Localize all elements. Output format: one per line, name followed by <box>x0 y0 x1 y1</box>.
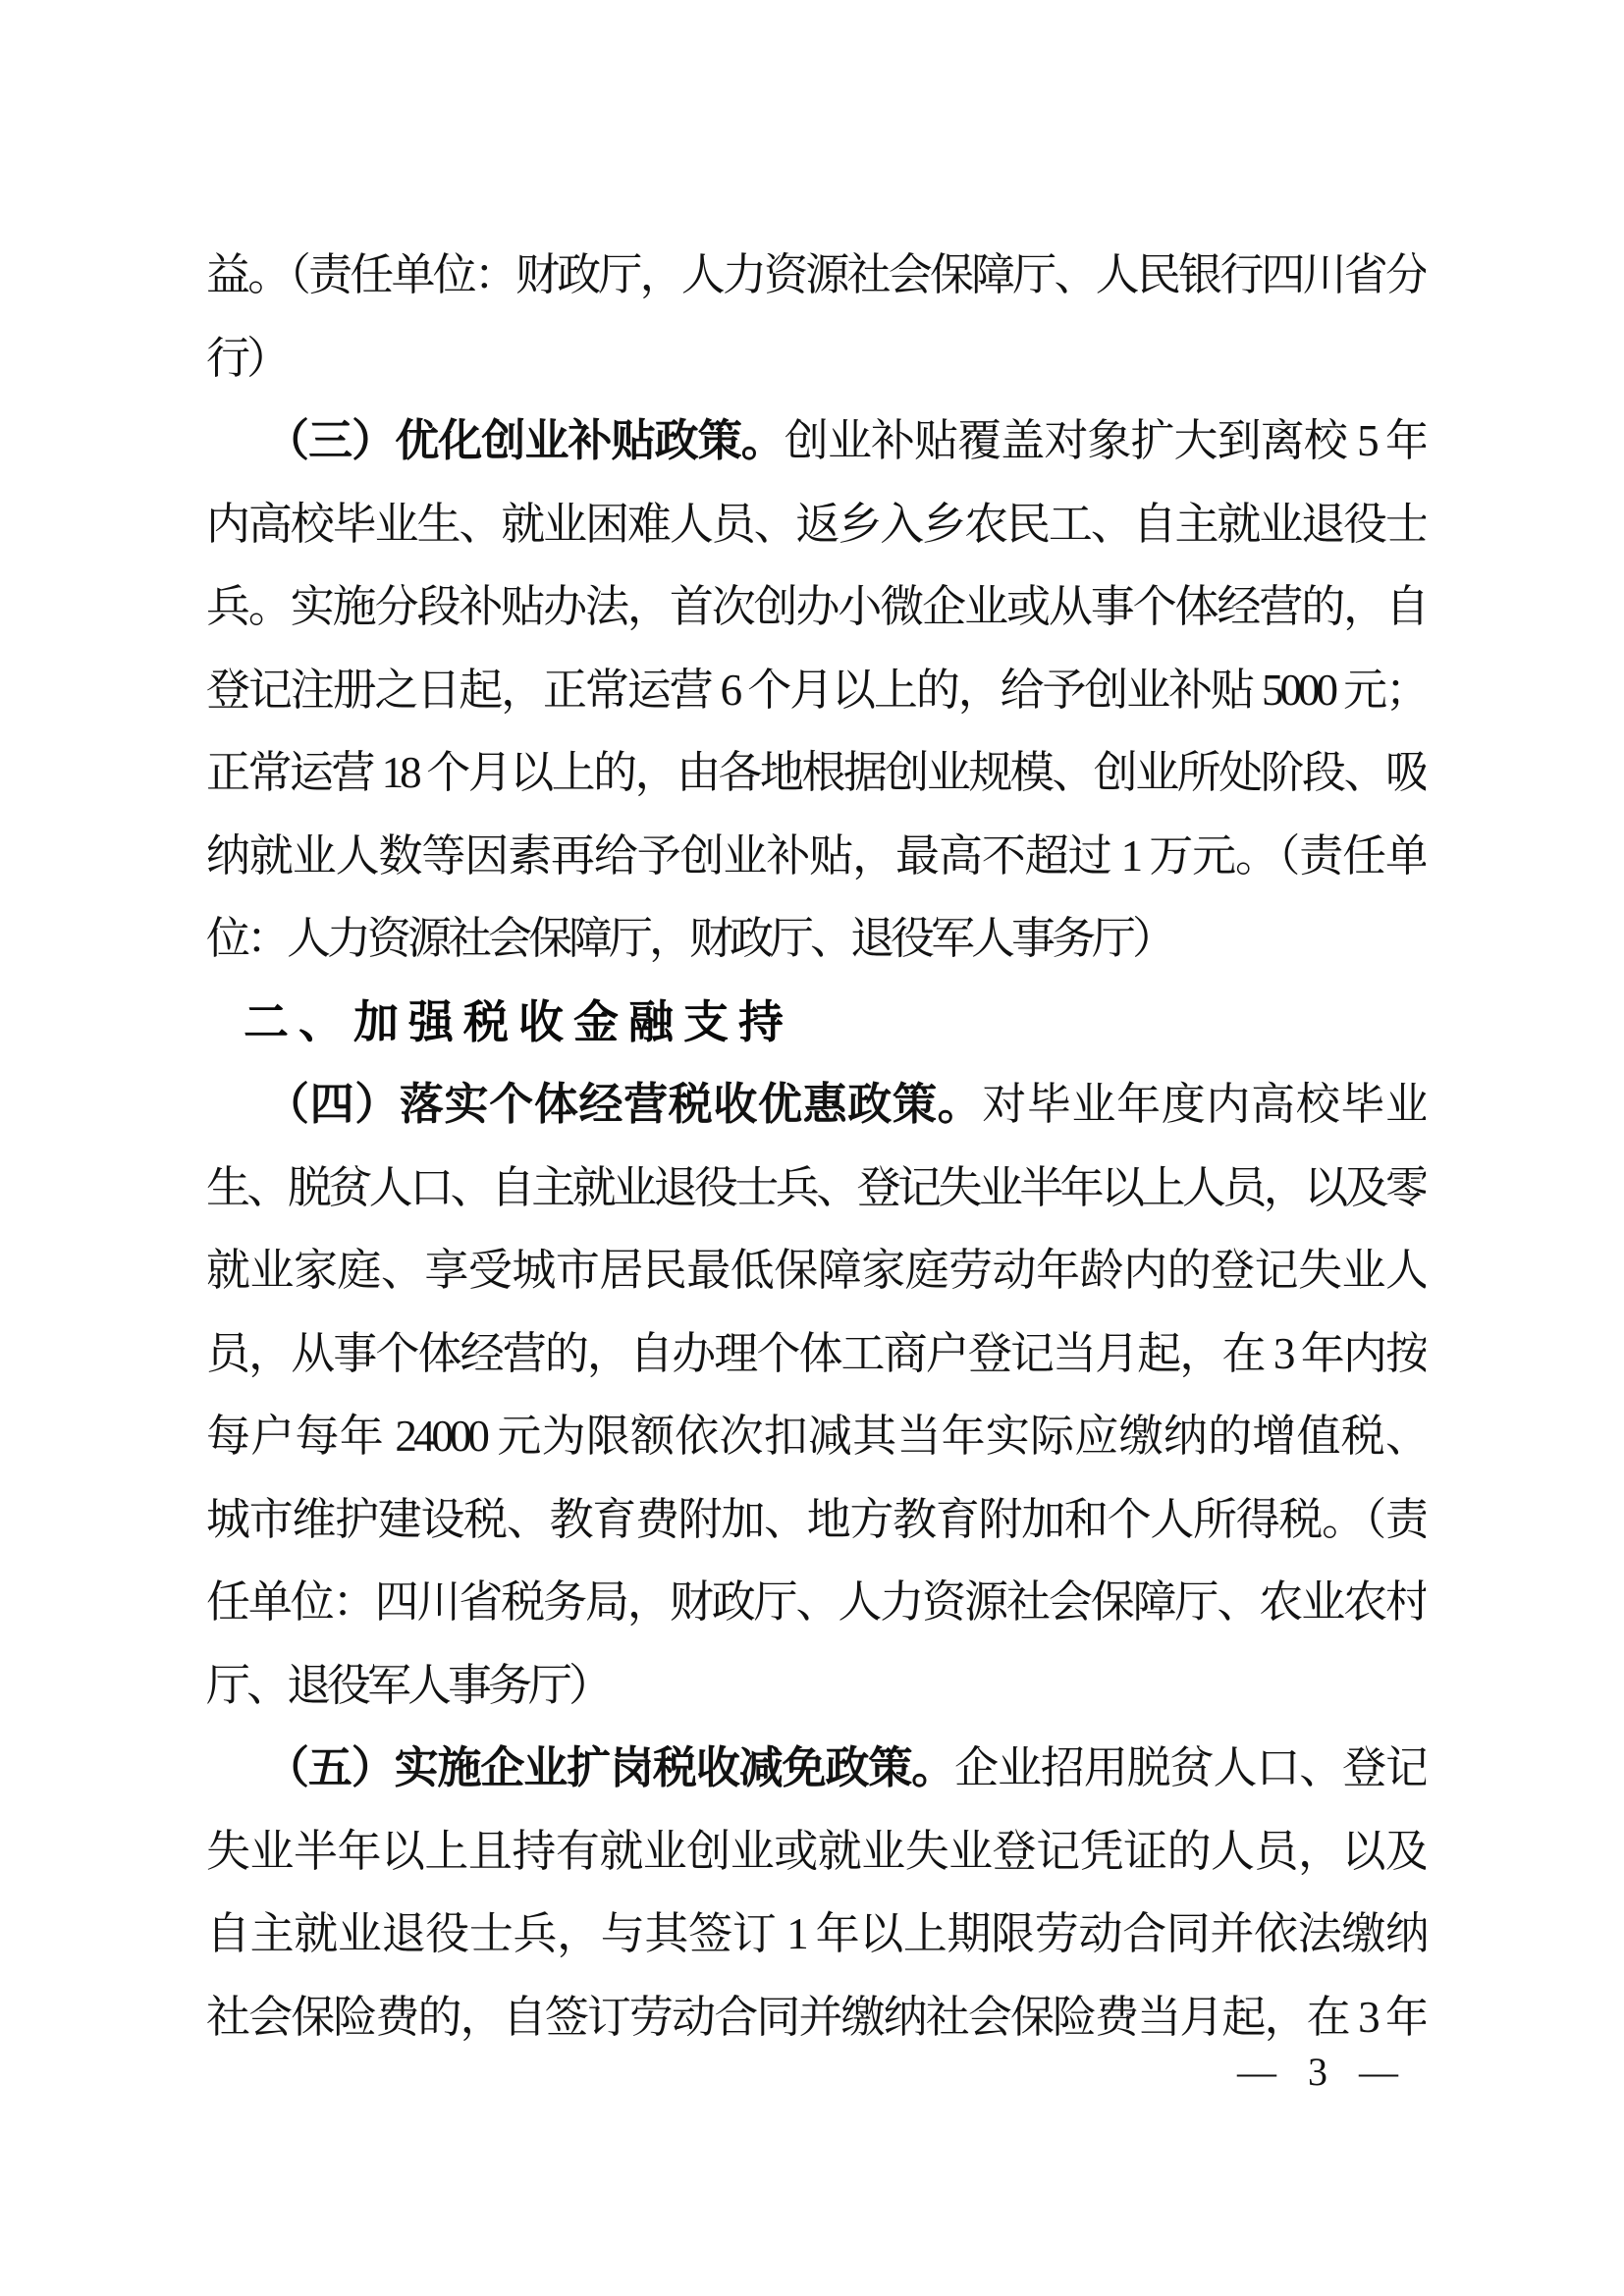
paragraph-lead: （五）实施企业扩岗税收减免政策。 <box>265 1743 954 1792</box>
text-line: 厅、退役军人事务厅） <box>206 1644 1426 1728</box>
text-line: 兵。实施分段补贴办法，首次创办小微企业或从事个体经营的，自 <box>206 565 1426 649</box>
text-line: 城市维护建设税、教育费附加、地方教育附加和个人所得税。（责 <box>206 1478 1426 1562</box>
paragraph-lead: （三）优化创业补贴政策。 <box>265 416 785 465</box>
text-line: 每户每年 24000 元为限额依次扣减其当年实际应缴纳的增值税、 <box>206 1395 1426 1478</box>
text-line: 纳就业人数等因素再给予创业补贴，最高不超过 1 万元。（责任单 <box>206 815 1426 898</box>
text-line: 益。（责任单位：财政厅，人力资源社会保障厅、人民银行四川省分 <box>206 234 1426 317</box>
page-number: — 3 — <box>1237 2050 1402 2095</box>
text-line: 员，从事个体经营的，自办理个体工商户登记当月起，在 3 年内按 <box>206 1312 1426 1396</box>
text-line: 失业半年以上且持有就业创业或就业失业登记凭证的人员，以及 <box>206 1810 1426 1894</box>
text-line: 生、脱贫人口、自主就业退役士兵、登记失业半年以上人员，以及零 <box>206 1147 1426 1230</box>
text-line: 自主就业退役士兵，与其签订 1 年以上期限劳动合同并依法缴纳 <box>206 1893 1426 1976</box>
paragraph-start-line: （四）落实个体经营税收优惠政策。对毕业年度内高校毕业 <box>206 1063 1426 1147</box>
paragraph-text: 企业招用脱贫人口、登记 <box>954 1743 1426 1792</box>
document-page: 益。（责任单位：财政厅，人力资源社会保障厅、人民银行四川省分 行） （三）优化创… <box>0 0 1624 2296</box>
section-heading: 二、加强税收金融支持 <box>206 981 1426 1064</box>
text-line: 内高校毕业生、就业困难人员、返乡入乡农民工、自主就业退役士 <box>206 483 1426 566</box>
text-line: 任单位：四川省税务局，财政厅、人力资源社会保障厅、农业农村 <box>206 1561 1426 1644</box>
text-line: 社会保险费的，自签订劳动合同并缴纳社会保险费当月起，在 3 年 <box>206 1976 1426 2059</box>
text-line: 登记注册之日起，正常运营 6 个月以上的，给予创业补贴 5000 元； <box>206 649 1426 732</box>
document-body: 益。（责任单位：财政厅，人力资源社会保障厅、人民银行四川省分 行） （三）优化创… <box>206 234 1426 2058</box>
text-line: 正常运营 18 个月以上的，由各地根据创业规模、创业所处阶段、吸 <box>206 731 1426 815</box>
paragraph-text: 创业补贴覆盖对象扩大到离校 5 年 <box>785 416 1426 465</box>
paragraph-text: 对毕业年度内高校毕业 <box>982 1080 1426 1129</box>
paragraph-lead: （四）落实个体经营税收优惠政策。 <box>265 1080 982 1129</box>
paragraph-start-line: （三）优化创业补贴政策。创业补贴覆盖对象扩大到离校 5 年 <box>206 400 1426 483</box>
text-line: 位：人力资源社会保障厅，财政厅、退役军人事务厅） <box>206 897 1426 981</box>
paragraph-start-line: （五）实施企业扩岗税收减免政策。企业招用脱贫人口、登记 <box>206 1727 1426 1810</box>
text-line: 就业家庭、享受城市居民最低保障家庭劳动年龄内的登记失业人 <box>206 1229 1426 1312</box>
text-line: 行） <box>206 317 1426 400</box>
